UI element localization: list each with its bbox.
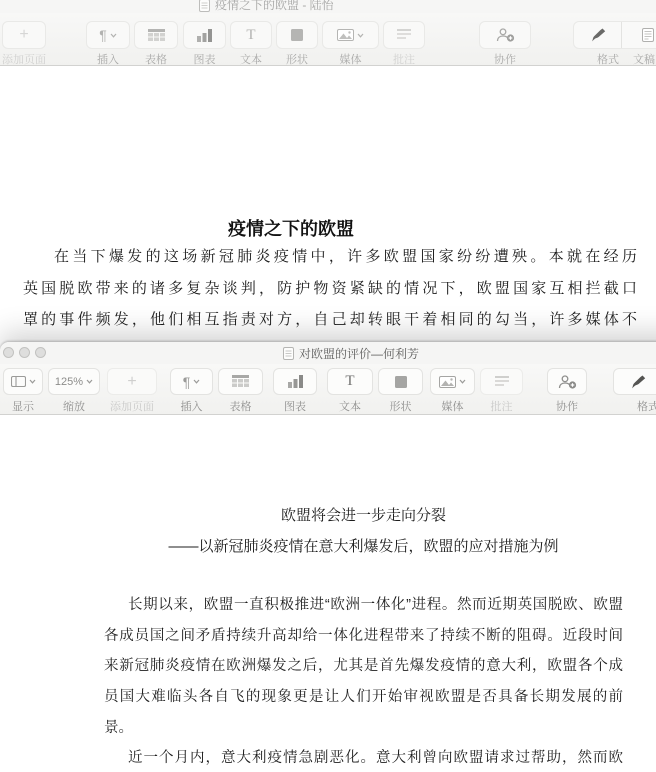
chevron-down-icon (459, 379, 466, 384)
zoom-control[interactable]: 125% 缩放 (48, 364, 100, 414)
doc-line: 近一个月内，意大利疫情急剧恶化。意大利曾向欧盟请求过帮助，然而欧 (104, 743, 623, 772)
doc-line: 来新冠肺炎疫情在欧洲爆发之后，尤其是首先爆发疫情的意大利，欧盟各个成 (104, 651, 623, 682)
doc-line: 英国脱欧带来的诸多复杂谈判，防护物资紧缺的情况下，欧盟国家互相拦截口 (23, 273, 637, 305)
media-icon (337, 29, 354, 41)
plus-icon: + (19, 27, 28, 43)
document-sidebar-button[interactable] (624, 28, 656, 42)
titlebar-back-window[interactable]: 疫情之下的欧盟 - 陆怡 (0, 0, 656, 13)
format-button[interactable] (614, 375, 656, 389)
plus-icon: + (127, 374, 136, 390)
format-brush-icon (630, 375, 646, 389)
table-icon (148, 29, 165, 42)
zoom-value: 125% (55, 376, 83, 388)
collaborate-icon (558, 375, 577, 389)
doc-line: 罩的事件频发，他们相互指责对方，自己却转眼干着相同的勾当，许多媒体不 (23, 304, 637, 336)
doc-subheading: ——以新冠肺炎疫情在意大利爆发后，欧盟的应对措施为例 (104, 532, 623, 563)
format-button[interactable] (574, 28, 621, 42)
shape-icon (291, 29, 303, 41)
document-icon (642, 28, 654, 42)
text-icon: T (345, 374, 354, 389)
format-document-segment: 格式 (613, 364, 656, 414)
format-document-segment: 格式 文稿 (573, 13, 656, 65)
document-file-icon (283, 347, 294, 360)
window-title: 疫情之下的欧盟 - 陆怡 (215, 0, 334, 13)
table-icon (232, 375, 249, 388)
chart-icon (197, 29, 212, 42)
collaborate-button[interactable]: 协作 (547, 364, 587, 414)
doc-line: 员国大难临头各自飞的现象更是让人们开始审视欧盟是否具备长期发展的前 (104, 682, 623, 713)
window-title-group: 对欧盟的评价—何利芳 (283, 342, 419, 364)
view-sidebar-icon (11, 376, 26, 387)
minimize-button[interactable] (19, 347, 30, 358)
document-canvas-front[interactable]: 欧盟将会进一步走向分裂 ——以新冠肺炎疫情在意大利爆发后，欧盟的应对措施为例 长… (0, 415, 656, 772)
chart-button[interactable]: 图表 (183, 13, 226, 65)
comment-button[interactable]: 批注 (383, 13, 425, 65)
table-button[interactable]: 表格 (134, 13, 178, 65)
comment-button[interactable]: 批注 (480, 364, 523, 414)
collaborate-icon (496, 28, 515, 42)
add-page-button[interactable]: + 添加页面 (107, 364, 157, 414)
text-icon: T (246, 28, 255, 43)
view-button[interactable]: 显示 (3, 364, 43, 414)
toolbar-back-window: + 添加页面 ¶ 插入 (0, 13, 656, 66)
chevron-down-icon (86, 379, 93, 384)
window-title-group: 疫情之下的欧盟 - 陆怡 (199, 0, 334, 13)
window-title: 对欧盟的评价—何利芳 (299, 345, 419, 362)
chevron-down-icon (110, 33, 117, 38)
add-page-button[interactable]: + 添加页面 (2, 13, 46, 65)
fullscreen-button[interactable] (35, 347, 46, 358)
table-button[interactable]: 表格 (218, 364, 263, 414)
shape-button[interactable]: 形状 (276, 13, 318, 65)
text-button[interactable]: T 文本 (230, 13, 272, 65)
document-file-icon (199, 0, 210, 12)
chart-button[interactable]: 图表 (273, 364, 317, 414)
screen: 疫情之下的欧盟 - 陆怡 + 添加页面 ¶ 插入 (0, 0, 656, 772)
doc-line: 长期以来，欧盟一直积极推进“欧洲一体化”进程。然而近期英国脱欧、欧盟 (104, 590, 623, 621)
comment-icon (495, 376, 509, 388)
comment-icon (397, 29, 411, 41)
shape-button[interactable]: 形状 (378, 364, 423, 414)
insert-button[interactable]: ¶ 插入 (170, 364, 213, 414)
chevron-down-icon (193, 379, 200, 384)
titlebar-front-window[interactable]: 对欧盟的评价—何利芳 (0, 342, 656, 364)
text-button[interactable]: T 文本 (327, 364, 373, 414)
toolbar-front-window: 显示 125% 缩放 + 添加页面 ¶ 插入 (0, 364, 656, 415)
pilcrow-icon: ¶ (99, 28, 107, 42)
format-brush-icon (590, 28, 606, 42)
media-button[interactable]: 媒体 (430, 364, 475, 414)
doc-line: 在当下爆发的这场新冠肺炎疫情中，许多欧盟国家纷纷遭殃。本就在经历 (23, 241, 637, 273)
window-pages-front: 对欧盟的评价—何利芳 显示 125% 缩放 (0, 342, 656, 772)
insert-button[interactable]: ¶ 插入 (86, 13, 130, 65)
pilcrow-icon: ¶ (183, 375, 191, 389)
doc-line: 景。 (104, 713, 623, 744)
chevron-down-icon (357, 33, 364, 38)
segment-divider (621, 22, 622, 48)
doc-heading-block: 欧盟将会进一步走向分裂 ——以新冠肺炎疫情在意大利爆发后，欧盟的应对措施为例 (104, 501, 623, 562)
close-button[interactable] (3, 347, 14, 358)
doc-heading: 疫情之下的欧盟 (0, 215, 644, 241)
chart-icon (288, 375, 303, 388)
shape-icon (395, 376, 407, 388)
media-button[interactable]: 媒体 (322, 13, 379, 65)
doc-line: 各成员国之间矛盾持续升高却给一体化进程带来了持续不断的阻碍。近段时间 (104, 621, 623, 652)
doc-paragraphs: 长期以来，欧盟一直积极推进“欧洲一体化”进程。然而近期英国脱欧、欧盟 各成员国之… (104, 590, 623, 772)
chevron-down-icon (29, 379, 36, 384)
media-icon (439, 376, 456, 388)
doc-heading: 欧盟将会进一步走向分裂 (104, 501, 623, 532)
collaborate-button[interactable]: 协作 (479, 13, 531, 65)
